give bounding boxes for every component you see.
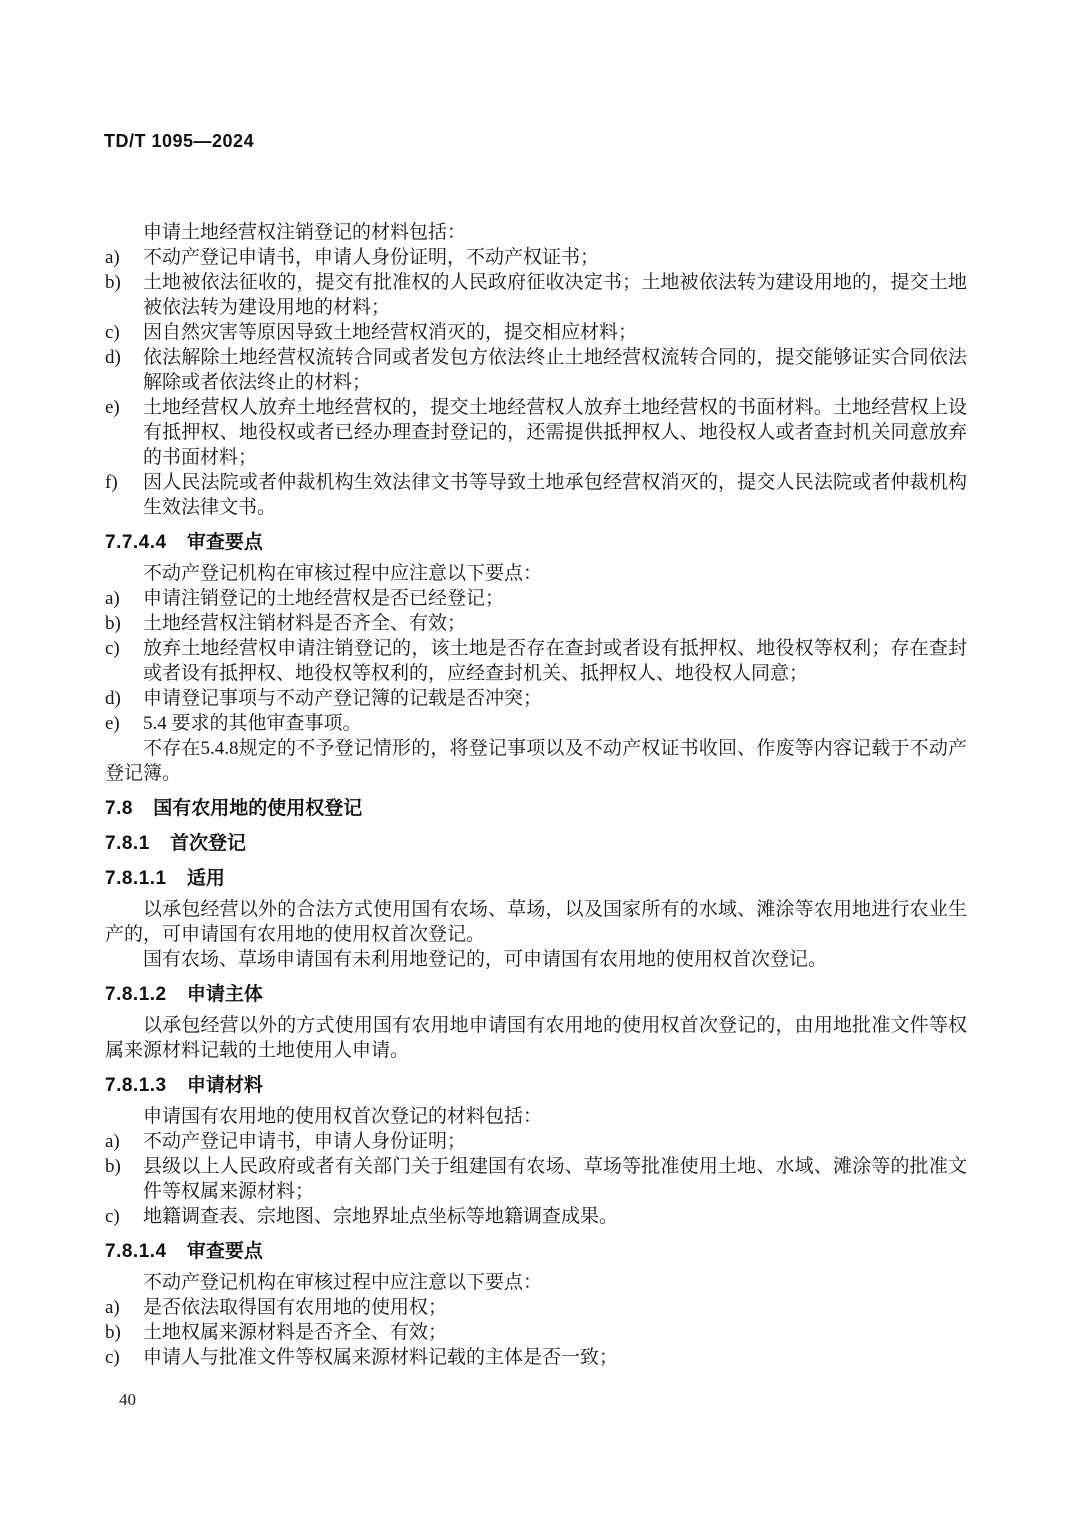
- list-item-text: 放弃土地经营权申请注销登记的，该土地是否存在查封或者设有抵押权、地役权等权利；存…: [143, 636, 967, 686]
- heading-number: 7.8.1: [105, 833, 150, 854]
- list-item-label: e): [105, 711, 143, 736]
- list-item: c) 放弃土地经营权申请注销登记的，该土地是否存在查封或者设有抵押权、地役权等权…: [105, 636, 967, 686]
- list-item-label: a): [105, 1129, 143, 1154]
- heading-7-8-1-3: 7.8.1.3 申请材料: [105, 1073, 967, 1098]
- list-item: a) 是否依法取得国有农用地的使用权；: [105, 1295, 967, 1320]
- list-item: a) 不动产登记申请书，申请人身份证明；: [105, 1129, 967, 1154]
- paragraph-7811-1: 以承包经营以外的合法方式使用国有农场、草场，以及国家所有的水域、滩涂等农用地进行…: [105, 897, 967, 947]
- list-item-text: 土地经营权人放弃土地经营权的，提交土地经营权人放弃土地经营权的书面材料。土地经营…: [143, 395, 967, 470]
- list-item: f) 因人民法院或者仲裁机构生效法律文书等导致土地承包经营权消灭的，提交人民法院…: [105, 470, 967, 520]
- heading-title: 审查要点: [187, 532, 263, 553]
- heading-title: 申请主体: [187, 984, 263, 1005]
- list-item: d) 申请登记事项与不动产登记簿的记载是否冲突；: [105, 686, 967, 711]
- list-item: e) 土地经营权人放弃土地经营权的，提交土地经营权人放弃土地经营权的书面材料。土…: [105, 395, 967, 470]
- list-item-label: e): [105, 395, 143, 420]
- heading-number: 7.8.1.1: [105, 868, 167, 889]
- paragraph-intro-cancel: 申请土地经营权注销登记的材料包括：: [105, 220, 967, 245]
- list-item-text: 是否依法取得国有农用地的使用权；: [143, 1295, 967, 1320]
- list-item-text: 土地经营权注销材料是否齐全、有效；: [143, 611, 967, 636]
- list-item-label: c): [105, 1345, 143, 1370]
- list-item-text: 不动产登记申请书，申请人身份证明，不动产权证书；: [143, 245, 967, 270]
- heading-title: 审查要点: [187, 1241, 263, 1262]
- heading-number: 7.7.4.4: [105, 532, 167, 553]
- heading-number: 7.8.1.4: [105, 1241, 167, 1262]
- list-item-label: c): [105, 1204, 143, 1229]
- list-item-text: 不动产登记申请书，申请人身份证明；: [143, 1129, 967, 1154]
- heading-7-8-1-4: 7.8.1.4 审查要点: [105, 1239, 967, 1264]
- paragraph-7814-intro: 不动产登记机构在审核过程中应注意以下要点：: [105, 1270, 967, 1295]
- list-item: b) 土地权属来源材料是否齐全、有效；: [105, 1320, 967, 1345]
- list-item: c) 地籍调查表、宗地图、宗地界址点坐标等地籍调查成果。: [105, 1204, 967, 1229]
- heading-7-7-4-4: 7.7.4.4 审查要点: [105, 530, 967, 555]
- list-item-label: c): [105, 636, 143, 661]
- heading-title: 国有农用地的使用权登记: [153, 798, 362, 819]
- list-item-label: b): [105, 1154, 143, 1179]
- list-item: b) 土地经营权注销材料是否齐全、有效；: [105, 611, 967, 636]
- list-item: b) 县级以上人民政府或者有关部门关于组建国有农场、草场等批准使用土地、水域、滩…: [105, 1154, 967, 1204]
- document-code: TD/T 1095—2024: [104, 131, 254, 152]
- list-item-label: d): [105, 686, 143, 711]
- list-item: b) 土地被依法征收的，提交有批准权的人民政府征收决定书；土地被依法转为建设用地…: [105, 270, 967, 320]
- document-page: TD/T 1095—2024 申请土地经营权注销登记的材料包括： a) 不动产登…: [0, 0, 1074, 1520]
- list-item-label: a): [105, 586, 143, 611]
- heading-7-8-1-2: 7.8.1.2 申请主体: [105, 982, 967, 1007]
- list-item-text: 地籍调查表、宗地图、宗地界址点坐标等地籍调查成果。: [143, 1204, 967, 1229]
- list-item-text: 因人民法院或者仲裁机构生效法律文书等导致土地承包经营权消灭的，提交人民法院或者仲…: [143, 470, 967, 520]
- list-item-text: 县级以上人民政府或者有关部门关于组建国有农场、草场等批准使用土地、水域、滩涂等的…: [143, 1154, 967, 1204]
- list-item-label: d): [105, 345, 143, 370]
- list-item-text: 土地被依法征收的，提交有批准权的人民政府征收决定书；土地被依法转为建设用地的，提…: [143, 270, 967, 320]
- heading-7-8-1-1: 7.8.1.1 适用: [105, 866, 967, 891]
- heading-number: 7.8.1.3: [105, 1075, 167, 1096]
- paragraph-review-closing: 不存在5.4.8规定的不予登记情形的，将登记事项以及不动产权证书收回、作废等内容…: [105, 736, 967, 786]
- heading-title: 首次登记: [170, 833, 246, 854]
- list-item-label: b): [105, 270, 143, 295]
- list-item-text: 申请人与批准文件等权属来源材料记载的主体是否一致；: [143, 1345, 967, 1370]
- list-item-label: b): [105, 1320, 143, 1345]
- heading-title: 申请材料: [187, 1075, 263, 1096]
- list-item-text: 因自然灾害等原因导致土地经营权消灭的，提交相应材料；: [143, 320, 967, 345]
- list-item-label: f): [105, 470, 143, 495]
- list-item-text: 依法解除土地经营权流转合同或者发包方依法终止土地经营权流转合同的，提交能够证实合…: [143, 345, 967, 395]
- heading-number: 7.8: [105, 798, 133, 819]
- list-item: a) 不动产登记申请书，申请人身份证明，不动产权证书；: [105, 245, 967, 270]
- list-item: e) 5.4 要求的其他审查事项。: [105, 711, 967, 736]
- list-item: c) 申请人与批准文件等权属来源材料记载的主体是否一致；: [105, 1345, 967, 1370]
- list-item-text: 申请登记事项与不动产登记簿的记载是否冲突；: [143, 686, 967, 711]
- list-item: c) 因自然灾害等原因导致土地经营权消灭的，提交相应材料；: [105, 320, 967, 345]
- list-item-text: 申请注销登记的土地经营权是否已经登记；: [143, 586, 967, 611]
- page-number: 40: [119, 1390, 136, 1410]
- heading-7-8-1: 7.8.1 首次登记: [105, 831, 967, 856]
- heading-number: 7.8.1.2: [105, 984, 167, 1005]
- heading-title: 适用: [187, 868, 225, 889]
- heading-7-8: 7.8 国有农用地的使用权登记: [105, 796, 967, 821]
- list-item-text: 土地权属来源材料是否齐全、有效；: [143, 1320, 967, 1345]
- paragraph-7811-2: 国有农场、草场申请国有未利用地登记的，可申请国有农用地的使用权首次登记。: [105, 947, 967, 972]
- list-item: d) 依法解除土地经营权流转合同或者发包方依法终止土地经营权流转合同的，提交能够…: [105, 345, 967, 395]
- paragraph-review-intro: 不动产登记机构在审核过程中应注意以下要点：: [105, 561, 967, 586]
- list-item-label: a): [105, 1295, 143, 1320]
- list-item: a) 申请注销登记的土地经营权是否已经登记；: [105, 586, 967, 611]
- document-body: 申请土地经营权注销登记的材料包括： a) 不动产登记申请书，申请人身份证明，不动…: [105, 220, 967, 1370]
- paragraph-7813-intro: 申请国有农用地的使用权首次登记的材料包括：: [105, 1104, 967, 1129]
- list-item-label: c): [105, 320, 143, 345]
- paragraph-7812-1: 以承包经营以外的方式使用国有农用地申请国有农用地的使用权首次登记的，由用地批准文…: [105, 1013, 967, 1063]
- list-item-label: b): [105, 611, 143, 636]
- list-item-text: 5.4 要求的其他审查事项。: [143, 711, 967, 736]
- list-item-label: a): [105, 245, 143, 270]
